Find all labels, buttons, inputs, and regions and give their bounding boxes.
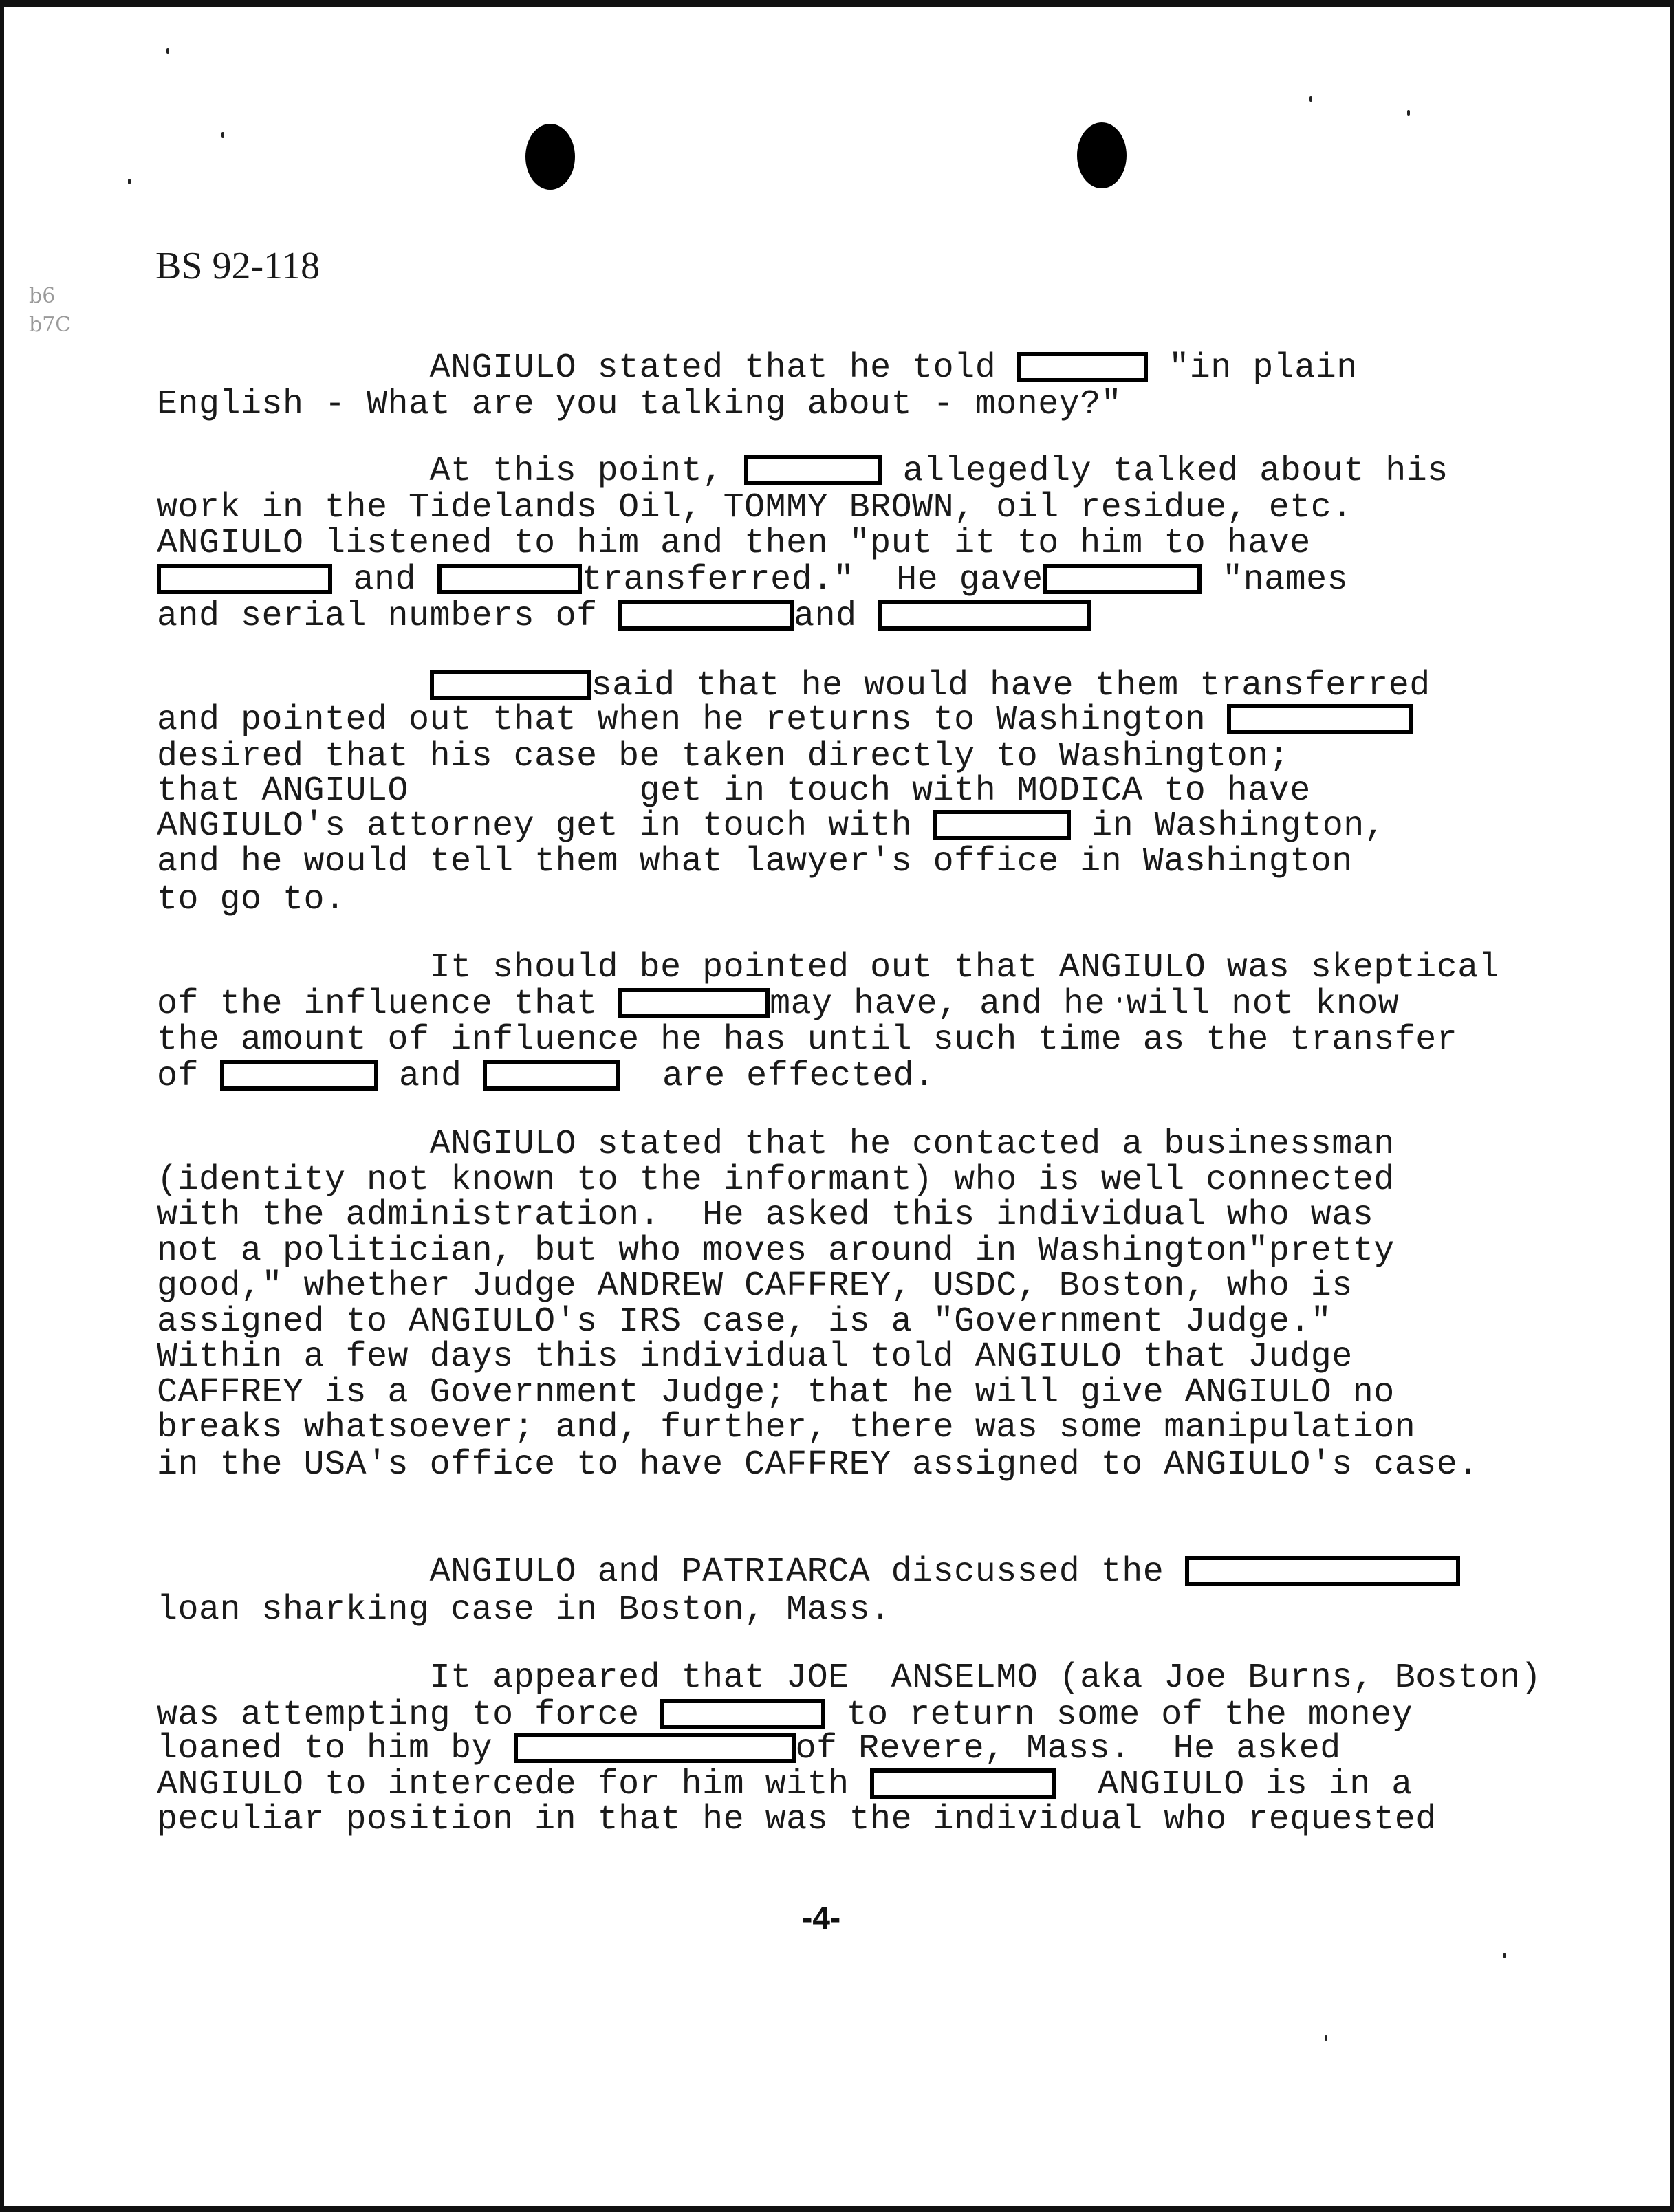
text-segment: to go to.: [157, 880, 346, 919]
text-segment: Within a few days this individual told A…: [157, 1337, 1353, 1377]
text-segment: of: [157, 1057, 220, 1096]
text-segment: peculiar position in that he was the ind…: [157, 1800, 1437, 1839]
scan-speck: [1309, 96, 1312, 102]
text-segment: English - What are you talking about - m…: [157, 385, 1122, 424]
redaction-box: [1185, 1556, 1460, 1586]
text-line: peculiar position in that he was the ind…: [157, 1802, 1437, 1838]
redaction-box: [933, 810, 1071, 840]
page-number: -4-: [802, 1899, 840, 1936]
text-line: ANGIULO stated that he told "in plain: [157, 351, 1358, 386]
redaction-box: [1017, 352, 1148, 382]
exemption-code-b6: b6: [29, 281, 55, 312]
text-line: ANGIULO to intercede for him with ANGIUL…: [157, 1767, 1413, 1803]
text-segment: the amount of influence he has until suc…: [157, 1020, 1457, 1060]
text-segment: "names: [1202, 560, 1349, 600]
text-line: of and are effected.: [157, 1059, 935, 1095]
text-segment: ANGIULO to intercede for him with: [157, 1765, 870, 1804]
text-segment: are effected.: [620, 1057, 935, 1096]
text-line: At this point, allegedly talked about hi…: [157, 454, 1448, 490]
text-line: loaned to him by of Revere, Mass. He ask…: [157, 1731, 1341, 1767]
text-line: Within a few days this individual told A…: [157, 1339, 1353, 1375]
text-line: It appeared that JOE ANSELMO (aka Joe Bu…: [157, 1661, 1541, 1696]
text-segment: may have, and he will not know: [770, 985, 1399, 1024]
text-segment: in the USA's office to have CAFFREY assi…: [157, 1445, 1479, 1485]
text-line: and he would tell them what lawyer's off…: [157, 844, 1353, 880]
text-line: to go to.: [157, 882, 346, 918]
text-line: CAFFREY is a Government Judge; that he w…: [157, 1375, 1395, 1411]
text-line: breaks whatsoever; and, further, there w…: [157, 1410, 1415, 1446]
text-segment: (identity not known to the informant) wh…: [157, 1161, 1395, 1200]
text-segment: ANGIULO and PATRIARCA discussed the: [157, 1553, 1185, 1592]
exemption-code-b7c: b7C: [29, 309, 71, 341]
text-line: of the influence that may have, and he w…: [157, 987, 1399, 1022]
text-segment: allegedly talked about his: [882, 452, 1448, 491]
text-segment: said that he would have them transferred: [591, 666, 1431, 705]
text-line: loan sharking case in Boston, Mass.: [157, 1592, 891, 1628]
text-segment: of Revere, Mass. He asked: [796, 1729, 1341, 1768]
text-segment: assigned to ANGIULO's IRS case, is a "Go…: [157, 1302, 1331, 1342]
text-segment: CAFFREY is a Government Judge; that he w…: [157, 1373, 1395, 1412]
text-segment: ANGIULO listened to him and then "put it…: [157, 524, 1311, 563]
text-line: not a politician, but who moves around i…: [157, 1234, 1395, 1269]
text-segment: that ANGIULO get in touch with MODICA to…: [157, 771, 1311, 811]
text-line: It should be pointed out that ANGIULO wa…: [157, 950, 1499, 986]
text-segment: and pointed out that when he returns to …: [157, 701, 1227, 740]
redaction-box: [220, 1060, 378, 1091]
text-segment: in Washington,: [1071, 807, 1386, 846]
text-line: said that he would have them transferred: [157, 668, 1431, 704]
text-line: assigned to ANGIULO's IRS case, is a "Go…: [157, 1304, 1331, 1340]
text-segment: work in the Tidelands Oil, TOMMY BROWN, …: [157, 488, 1353, 527]
redaction-box: [618, 988, 770, 1018]
text-line: ANGIULO and PATRIARCA discussed the: [157, 1555, 1460, 1590]
redaction-box: [430, 670, 591, 700]
text-segment: and he would tell them what lawyer's off…: [157, 842, 1353, 881]
scan-speck: [1118, 997, 1121, 1003]
redaction-box: [878, 600, 1091, 631]
text-line: ANGIULO's attorney get in touch with in …: [157, 809, 1385, 844]
text-line: with the administration. He asked this i…: [157, 1198, 1373, 1234]
scan-speck: [1503, 1953, 1506, 1958]
text-line: desired that his case be taken directly …: [157, 739, 1290, 775]
text-line: that ANGIULO get in touch with MODICA to…: [157, 774, 1311, 809]
redaction-box: [514, 1733, 796, 1763]
text-segment: and: [794, 597, 878, 636]
text-line: English - What are you talking about - m…: [157, 387, 1122, 423]
text-line: and serial numbers of and: [157, 599, 1091, 635]
text-segment: ANGIULO stated that he contacted a busin…: [157, 1125, 1395, 1164]
text-segment: It appeared that JOE ANSELMO (aka Joe Bu…: [157, 1658, 1541, 1698]
text-segment: loaned to him by: [157, 1729, 514, 1768]
text-segment: good," whether Judge ANDREW CAFFREY, USD…: [157, 1267, 1353, 1306]
text-segment: and: [378, 1057, 483, 1096]
text-segment: with the administration. He asked this i…: [157, 1196, 1373, 1235]
punch-hole: [525, 124, 575, 190]
text-line: work in the Tidelands Oil, TOMMY BROWN, …: [157, 490, 1353, 526]
redaction-box: [1043, 564, 1202, 594]
redaction-box: [618, 600, 794, 631]
file-number: BS 92-118: [155, 244, 320, 288]
scan-speck: [1407, 110, 1410, 116]
text-line: and transferred." He gave "names: [157, 562, 1348, 598]
text-segment: It should be pointed out that ANGIULO wa…: [157, 948, 1499, 987]
text-line: was attempting to force to return some o…: [157, 1698, 1413, 1733]
redaction-box: [660, 1699, 825, 1729]
scan-speck: [128, 179, 131, 184]
text-line: (identity not known to the informant) wh…: [157, 1163, 1395, 1198]
text-line: good," whether Judge ANDREW CAFFREY, USD…: [157, 1269, 1353, 1304]
text-segment: ANGIULO is in a: [1056, 1765, 1413, 1804]
text-segment: [157, 666, 430, 705]
text-segment: desired that his case be taken directly …: [157, 737, 1290, 776]
scan-speck: [166, 48, 169, 54]
redaction-box: [1227, 704, 1413, 734]
text-line: and pointed out that when he returns to …: [157, 703, 1413, 738]
text-segment: ANGIULO's attorney get in touch with: [157, 807, 933, 846]
text-segment: loan sharking case in Boston, Mass.: [157, 1590, 891, 1630]
text-segment: not a politician, but who moves around i…: [157, 1231, 1395, 1271]
text-segment: breaks whatsoever; and, further, there w…: [157, 1408, 1415, 1447]
text-line: ANGIULO stated that he contacted a busin…: [157, 1127, 1395, 1163]
redaction-box: [870, 1768, 1056, 1799]
text-line: in the USA's office to have CAFFREY assi…: [157, 1447, 1479, 1483]
punch-hole: [1077, 122, 1127, 188]
redaction-box: [157, 564, 332, 594]
text-line: ANGIULO listened to him and then "put it…: [157, 526, 1311, 562]
text-segment: At this point,: [157, 452, 744, 491]
text-segment: "in plain: [1148, 349, 1358, 388]
text-segment: ANGIULO stated that he told: [157, 349, 1017, 388]
text-line: the amount of influence he has until suc…: [157, 1022, 1457, 1058]
text-segment: of the influence that: [157, 985, 618, 1024]
scan-speck: [221, 132, 224, 138]
redaction-box: [744, 455, 882, 485]
text-segment: and serial numbers of: [157, 597, 618, 636]
text-segment: transferred." He gave: [582, 560, 1043, 600]
redaction-box: [483, 1060, 620, 1091]
scan-speck: [1325, 2035, 1327, 2041]
document-page: BS 92-118 b6 b7C ANGIULO stated that he …: [0, 0, 1674, 2212]
redaction-box: [437, 564, 582, 594]
text-segment: and: [332, 560, 437, 600]
